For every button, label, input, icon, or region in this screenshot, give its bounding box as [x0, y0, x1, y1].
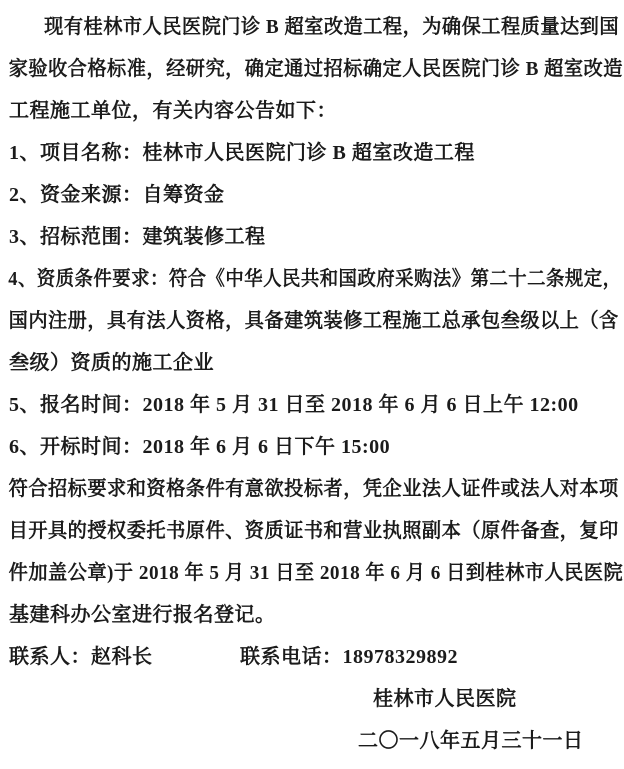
item-6-bid-opening-time: 6、开标时间：2018 年 6 月 6 日下午 15:00: [0, 426, 624, 468]
item-3-bidding-scope: 3、招标范围：建筑装修工程: [0, 216, 624, 258]
contact-person-label: 联系人：: [9, 646, 91, 668]
item-4-qualification-line-2: 国内注册，具有法人资格，具备建筑装修工程施工总承包叁级以上（含: [0, 300, 599, 342]
intro-line-1: 现有桂林市人民医院门诊 B 超室改造工程，为确保工程质量达到国: [0, 6, 599, 48]
item-4-qualification-line-1: 4、资质条件要求：符合《中华人民共和国政府采购法》第二十二条规定，: [0, 258, 574, 300]
contact-person-name: 赵科长: [91, 646, 153, 668]
intro-line-2: 家验收合格标准，经研究，确定通过招标确定人民医院门诊 B 超室改造: [0, 48, 599, 90]
contact-row: 联系人：赵科长联系电话：18978329892: [0, 636, 624, 678]
registration-line-3: 件加盖公章)于 2018 年 5 月 31 日至 2018 年 6 月 6 日到…: [0, 552, 599, 594]
item-1-project-name: 1、项目名称：桂林市人民医院门诊 B 超室改造工程: [0, 132, 624, 174]
contact-person: 联系人：赵科长: [9, 636, 240, 678]
item-2-funding-source: 2、资金来源：自筹资金: [0, 174, 624, 216]
contact-phone-label: 联系电话：: [240, 646, 343, 668]
signature-organization: 桂林市人民医院: [0, 678, 624, 720]
contact-phone: 联系电话：18978329892: [240, 646, 458, 668]
registration-line-2: 目开具的授权委托书原件、资质证书和营业执照副本（原件备查，复印: [0, 510, 599, 552]
registration-line-4: 基建科办公室进行报名登记。: [0, 594, 624, 636]
signature-date: 二〇一八年五月三十一日: [0, 720, 624, 762]
intro-line-3: 工程施工单位，有关内容公告如下：: [0, 90, 624, 132]
item-5-registration-time: 5、报名时间：2018 年 5 月 31 日至 2018 年 6 月 6 日上午…: [0, 384, 624, 426]
item-4-qualification-line-3: 叁级）资质的施工企业: [0, 342, 624, 384]
registration-line-1: 符合招标要求和资格条件有意欲投标者，凭企业法人证件或法人对本项: [0, 468, 599, 510]
contact-phone-number: 18978329892: [343, 646, 459, 668]
document-page: 现有桂林市人民医院门诊 B 超室改造工程，为确保工程质量达到国 家验收合格标准，…: [0, 0, 624, 769]
